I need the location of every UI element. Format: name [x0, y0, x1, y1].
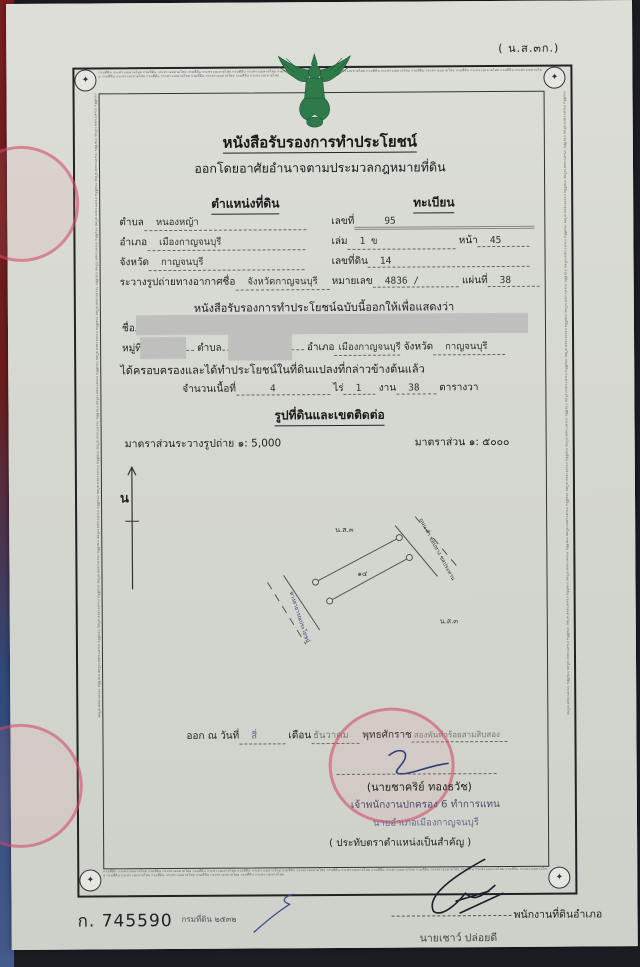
- occupation-statement: ได้ครอบครองและได้ทำประโยชน์ในที่ดินแปลงท…: [120, 359, 425, 379]
- certificate-border-inner: [99, 91, 550, 870]
- volume-row: เล่ม1 ข หน้า45: [331, 233, 529, 250]
- wa-value: 38: [396, 382, 436, 394]
- land-number-row: เลขที่ดิน14: [332, 253, 530, 269]
- aerial-map-label: ระวางรูปถ่ายทางอากาศชื่อ: [120, 277, 236, 289]
- aerial-scale-label: มาตราส่วนระวางรูปถ่าย: [125, 438, 235, 451]
- volume-value: 1 ข: [348, 233, 456, 250]
- village-label: หมู่ที่: [122, 343, 142, 354]
- amphoe-row: อำเภอเมืองกาญจนบุรี: [119, 234, 305, 251]
- document-title: หนังสือรับรองการทำประโยชน์: [7, 128, 633, 156]
- garuda-emblem-icon: [274, 50, 354, 130]
- volume-label: เล่ม: [331, 236, 347, 247]
- redacted-village: [140, 337, 186, 359]
- map-heading: รูปที่ดินและเขตติดต่อ: [274, 406, 384, 427]
- owner-amphoe-label: อำเภอ: [307, 342, 335, 353]
- month-label: เดือน: [288, 730, 311, 741]
- rai-label: ไร่: [333, 383, 343, 394]
- tambon-label: ตำบล: [119, 217, 144, 228]
- footer-signature-mark: [249, 890, 309, 936]
- redacted-tambon: [228, 332, 292, 360]
- map-scale-value: ๑: ๕๐๐๐: [469, 436, 510, 448]
- page-value: 45: [478, 235, 530, 247]
- corner-emblem-icon: ✦: [548, 867, 570, 889]
- aerial-scale-value: ๑: 5,000: [238, 437, 282, 449]
- signer-title-2: นายอำเภอเมืองกาญจนบุรี: [373, 815, 479, 831]
- corner-emblem-icon: ✦: [79, 869, 101, 891]
- map-scale: มาตราส่วน ๑: ๕๐๐๐: [415, 433, 510, 451]
- land-number-value: 14: [368, 255, 530, 268]
- signer-name: (นายชาคริย์ ทองธวัช): [367, 777, 472, 796]
- owner-name-label: ชื่อ: [122, 323, 135, 334]
- adjacent-south-label: น.ส.๓: [440, 617, 459, 625]
- sheet-number-label: หมายเลข: [332, 276, 373, 287]
- aerial-map-value: จังหวัดกาญจนบุรี: [235, 274, 329, 291]
- tambon-value: หนองหญ้า: [144, 214, 306, 231]
- registry-number-value: 95: [354, 215, 534, 230]
- serial-note: กรมที่ดิน ๒๕๓๒: [182, 913, 237, 926]
- land-parcel-diagram: น.ส.๓ น.ส.๓ ๑๔ ทางสาธารณประโยชน์ ถนน ลำ …: [259, 501, 510, 653]
- rai-value: 4: [236, 383, 330, 396]
- seal-note: ( ประทับตราตำแหน่งเป็นสำคัญ ): [329, 835, 471, 851]
- amphoe-value: เมืองกาญจนบุรี: [147, 234, 305, 251]
- province-value: กาญจนบุรี: [149, 254, 305, 271]
- area-label: จำนวนเนื้อที่: [182, 384, 236, 395]
- signer-signature: [378, 737, 458, 781]
- signer-title: เจ้าพนักงานปกครอง 6 ทำการแทน: [351, 797, 500, 813]
- province-row: จังหวัดกาญจนบุรี: [120, 254, 306, 271]
- land-area-row: จำนวนเนื้อที่4 ไร่1 งาน38 ตารางวา: [182, 380, 478, 397]
- redacted-owner-name: [136, 313, 528, 335]
- sheet-value: 38: [488, 275, 540, 287]
- owner-province-value: กาญจนบุรี: [433, 339, 505, 355]
- red-stamp-left-bottom: [0, 724, 83, 849]
- wa-label: ตารางวา: [439, 382, 478, 393]
- officer-name: นายเชาว์ ปล่อยดี: [420, 929, 498, 946]
- tambon-row: ตำบลหนองหญ้า: [119, 214, 306, 231]
- sheet-label: แผ่นที่: [462, 275, 488, 286]
- issued-label: ออก ณ วันที่: [186, 731, 239, 742]
- registry-number-label: เลขที่: [331, 216, 354, 227]
- officer-signature: [415, 855, 515, 920]
- adjacent-north-label: น.ส.๓: [335, 526, 354, 534]
- sheet-number-value: 4836 /: [373, 275, 459, 288]
- registry-number-row: เลขที่95: [331, 213, 534, 230]
- amphoe-label: อำเภอ: [119, 237, 147, 248]
- aerial-map-row: ระวางรูปถ่ายทางอากาศชื่อจังหวัดกาญจนบุรี: [120, 274, 330, 291]
- sheet-number-row: หมายเลข4836 / แผ่นที่38: [332, 273, 540, 289]
- border-text-right: กรมที่ดิน กระทรวงมหาดไทย กรมที่ดิน กระทร…: [545, 91, 572, 865]
- day-value: สี่: [239, 728, 285, 744]
- location-heading: ตำแหน่งที่ดิน: [211, 194, 279, 214]
- aerial-scale: มาตราส่วนระวางรูปถ่าย ๑: 5,000: [125, 434, 282, 452]
- document-subtitle: ออกโดยอาศัยอำนาจตามประมวลกฎหมายที่ดิน: [7, 156, 633, 180]
- north-arrow-icon: [125, 465, 140, 591]
- corner-emblem-icon: ✦: [543, 67, 565, 89]
- north-label: น: [120, 487, 129, 508]
- corner-emblem-icon: ✦: [74, 69, 96, 91]
- land-certificate: ( น.ส.๓ก.) กรมที่ดิน กระทรวงมหาดไทย กรมท…: [6, 0, 638, 950]
- road-right-label: ถนน ลำ ขอบทาง ชลประทาน: [417, 517, 456, 582]
- registry-heading: ทะเบียน: [413, 193, 454, 213]
- land-number-label: เลขที่ดิน: [332, 256, 368, 267]
- map-scale-label: มาตราส่วน: [415, 436, 466, 448]
- parcel-number-label: ๑๔: [357, 570, 367, 578]
- ngan-label: งาน: [379, 383, 396, 394]
- owner-tambon-label: ตำบล: [197, 343, 222, 354]
- owner-amphoe-value: เมืองกาญจนบุรี: [334, 340, 400, 356]
- owner-province-label: จังหวัด: [404, 341, 434, 352]
- ngan-value: 1: [344, 383, 376, 395]
- serial-number: ก. 745590: [78, 907, 173, 935]
- road-left-label: ทางสาธารณประโยชน์: [288, 590, 312, 643]
- form-code: ( น.ส.๓ก.): [498, 39, 559, 57]
- officer-role: พนักงานที่ดินอำเภอ: [514, 905, 603, 923]
- page-label: หน้า: [459, 235, 478, 246]
- province-label: จังหวัด: [120, 257, 150, 268]
